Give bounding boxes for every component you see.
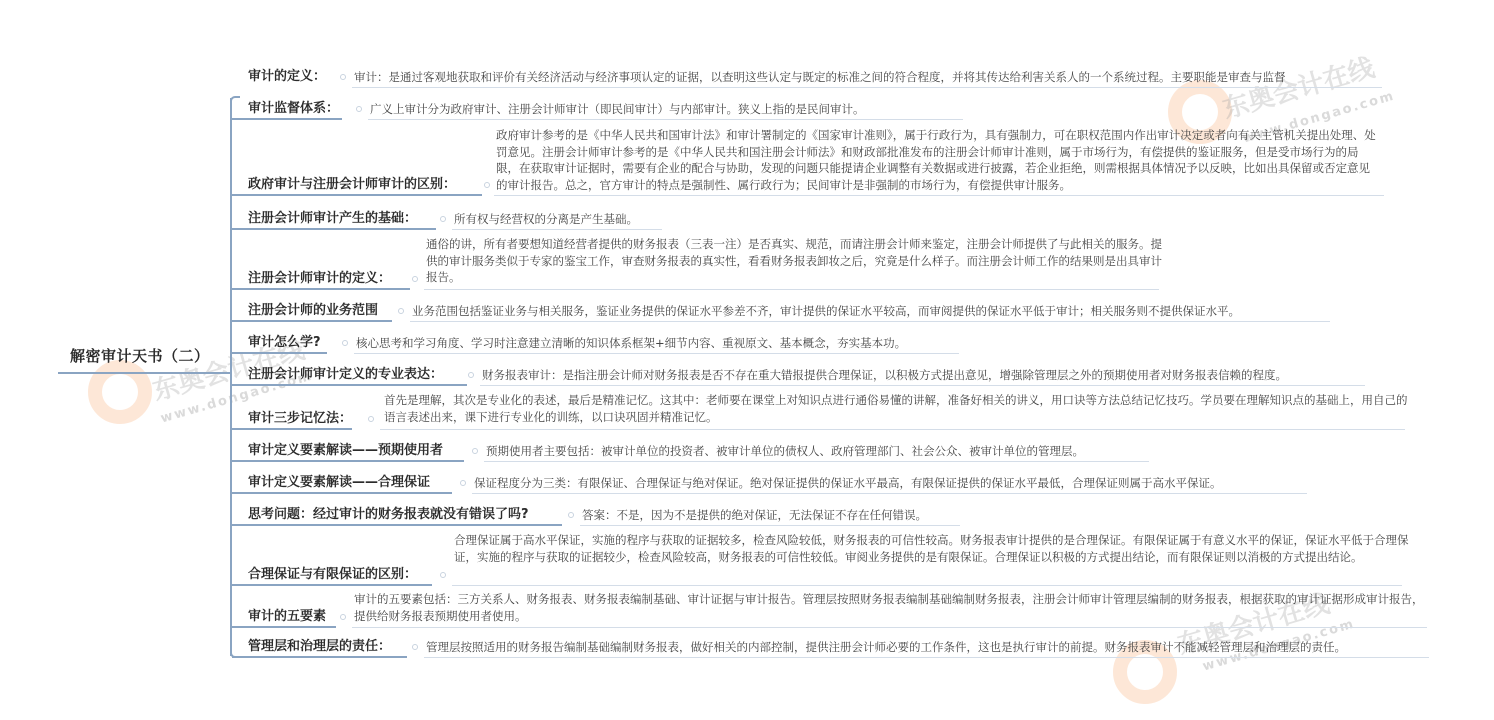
branch-label: 审计定义要素解读——预期使用者: [248, 439, 443, 458]
root-node[interactable]: 解密审计天书（二）: [70, 345, 210, 366]
branch-underline: [232, 584, 432, 586]
branch-text: 通俗的讲，所有者要想知道经营者提供的财务报表（三表一注）是否真实、规范，而请注册…: [426, 236, 1166, 286]
branch-text: 审计：是通过客观地获取和评价有关经济活动与经济事项认定的证据，以查明这些认定与既…: [354, 69, 1286, 86]
branch-cpa-audit-definition[interactable]: 注册会计师审计的定义： 通俗的讲，所有者要想知道经营者提供的财务报表（三表一注）…: [232, 234, 1392, 290]
node-dot-icon: [412, 644, 418, 650]
node-dot-icon: [440, 216, 446, 222]
text-underline: [424, 289, 1159, 290]
branch-underline: [232, 118, 342, 120]
branch-text: 财务报表审计：是指注册会计师对财务报表是否不存在重大错报提供合理保证，以积极方式…: [482, 367, 1287, 384]
branch-label: 注册会计师审计的定义：: [248, 267, 391, 286]
branch-think-question[interactable]: 思考问题：经过审计的财务报表就没有错误了吗? 答案：不是，因为不是提供的绝对保证…: [232, 500, 1392, 526]
branch-underline: [232, 320, 392, 322]
text-underline: [472, 493, 1307, 494]
branch-text: 管理层按照适用的财务报告编制基础编制财务报表，做好相关的内部控制，提供注册会计师…: [426, 639, 1346, 656]
text-underline: [410, 321, 1330, 322]
node-dot-icon: [368, 416, 374, 422]
branch-underline: [232, 352, 327, 354]
text-underline: [452, 585, 1402, 586]
branch-label: 审计的定义：: [248, 65, 326, 84]
branch-audit-definition[interactable]: 审计的定义： 审计：是通过客观地获取和评价有关经济活动与经济事项认定的证据，以查…: [232, 62, 1392, 88]
node-dot-icon: [342, 340, 348, 346]
branch-management-governance-responsibility[interactable]: 管理层和治理层的责任： 管理层按照适用的财务报告编制基础编制财务报表，做好相关的…: [232, 632, 1432, 658]
branch-intended-users[interactable]: 审计定义要素解读——预期使用者 预期使用者主要包括：被审计单位的投资者、被审计单…: [232, 436, 1392, 462]
branch-label: 审计监督体系：: [248, 97, 339, 116]
text-underline: [352, 87, 1382, 88]
branch-text: 预期使用者主要包括：被审计单位的投资者、被审计单位的债权人、政府管理部门、社会公…: [486, 443, 1084, 460]
node-dot-icon: [472, 448, 478, 454]
node-dot-icon: [356, 106, 362, 112]
branch-text: 审计的五要素包括：三方关系人、财务报表、财务报表编制基础、审计证据与审计报告。管…: [354, 591, 1429, 624]
branch-reasonable-vs-limited[interactable]: 合理保证与有限保证的区别： 合理保证属于高水平保证，实施的程序与获取的证据较多，…: [232, 530, 1412, 586]
watermark-logo-icon: [88, 360, 152, 424]
node-dot-icon: [568, 512, 574, 518]
branch-label: 审计定义要素解读——合理保证: [248, 471, 430, 490]
branch-cpa-business-scope[interactable]: 注册会计师的业务范围 业务范围包括鉴证业务与相关服务，鉴证业务提供的保证水平参差…: [232, 296, 1392, 322]
branch-label: 合理保证与有限保证的区别：: [248, 563, 417, 582]
node-dot-icon: [484, 182, 490, 188]
branch-text: 合理保证属于高水平保证，实施的程序与获取的证据较多，检查风险较低，财务报表的可信…: [454, 532, 1409, 565]
branch-underline: [232, 288, 410, 290]
branch-underline: [232, 460, 464, 462]
root-connector: [58, 372, 230, 374]
branch-label: 审计的五要素: [248, 605, 326, 624]
branch-audit-supervision[interactable]: 审计监督体系： 广义上审计分为政府审计、注册会计师审计（即民间审计）与内部审计。…: [232, 94, 1392, 120]
text-underline: [354, 353, 959, 354]
text-underline: [480, 385, 1365, 386]
branch-underline: [232, 384, 467, 386]
branch-underline: [232, 86, 328, 88]
branch-five-elements[interactable]: 审计的五要素 审计的五要素包括：三方关系人、财务报表、财务报表编制基础、审计证据…: [232, 590, 1432, 628]
text-underline: [368, 119, 963, 120]
branch-how-to-learn-audit[interactable]: 审计怎么学? 核心思考和学习角度、学习时注意建立清晰的知识体系框架+细节内容、重…: [232, 328, 1392, 354]
branch-label: 注册会计师的业务范围: [248, 299, 378, 318]
node-dot-icon: [340, 614, 346, 620]
branch-text: 核心思考和学习角度、学习时注意建立清晰的知识体系框架+细节内容、重视原文、基本概…: [356, 335, 906, 352]
branch-underline: [232, 524, 562, 526]
branch-label: 思考问题：经过审计的财务报表就没有错误了吗?: [248, 503, 529, 522]
text-underline: [352, 627, 1427, 628]
node-dot-icon: [460, 480, 466, 486]
branch-text: 答案：不是，因为不是提供的绝对保证，无法保证不存在任何错误。: [582, 507, 927, 524]
branch-text: 所有权与经营权的分离是产生基础。: [454, 211, 638, 228]
branch-underline: [232, 492, 452, 494]
branch-text: 政府审计参考的是《中华人民共和国审计法》和审计署制定的《国家审计准则》，属于行政…: [496, 127, 1380, 193]
branch-label: 管理层和治理层的责任：: [248, 635, 391, 654]
node-dot-icon: [440, 572, 446, 578]
branch-label: 注册会计师审计产生的基础：: [248, 207, 417, 226]
branch-underline: [232, 428, 352, 430]
node-dot-icon: [398, 308, 404, 314]
branch-gov-vs-cpa-audit[interactable]: 政府审计与注册会计师审计的区别： 政府审计参考的是《中华人民共和国审计法》和审计…: [232, 124, 1392, 196]
branch-label: 政府审计与注册会计师审计的区别：: [248, 173, 456, 192]
text-underline: [580, 525, 960, 526]
branch-text: 首先是理解，其次是专业化的表述，最后是精准记忆。这其中：老师要在课堂上对知识点进…: [384, 392, 1409, 425]
text-underline: [452, 229, 662, 230]
branch-underline: [232, 228, 436, 230]
branch-cpa-audit-basis[interactable]: 注册会计师审计产生的基础： 所有权与经营权的分离是产生基础。: [232, 204, 1392, 230]
branch-reasonable-assurance[interactable]: 审计定义要素解读——合理保证 保证程度分为三类：有限保证、合理保证与绝对保证。绝…: [232, 468, 1392, 494]
text-underline: [424, 657, 1429, 658]
branch-text: 业务范围包括鉴证业务与相关服务，鉴证业务提供的保证水平参差不齐，审计提供的保证水…: [412, 303, 1240, 320]
branch-text: 保证程度分为三类：有限保证、合理保证与绝对保证。绝对保证提供的保证水平最高，有限…: [474, 475, 1222, 492]
node-dot-icon: [468, 372, 474, 378]
text-underline: [494, 195, 1384, 196]
node-dot-icon: [340, 74, 346, 80]
text-underline: [380, 429, 1405, 430]
branch-text: 广义上审计分为政府审计、注册会计师审计（即民间审计）与内部审计。狭义上指的是民间…: [370, 101, 865, 118]
branch-label: 审计三步记忆法：: [248, 407, 352, 426]
branch-cpa-audit-professional-expression[interactable]: 注册会计师审计定义的专业表达： 财务报表审计：是指注册会计师对财务报表是否不存在…: [232, 360, 1392, 386]
branch-label: 审计怎么学?: [248, 331, 321, 350]
text-underline: [484, 461, 1149, 462]
branch-three-step-memory[interactable]: 审计三步记忆法： 首先是理解，其次是专业化的表述，最后是精准记忆。这其中：老师要…: [232, 390, 1412, 430]
branch-underline: [232, 194, 482, 196]
branch-underline: [232, 656, 407, 658]
branch-underline: [232, 626, 336, 628]
branch-label: 注册会计师审计定义的专业表达：: [248, 363, 443, 382]
node-dot-icon: [412, 276, 418, 282]
